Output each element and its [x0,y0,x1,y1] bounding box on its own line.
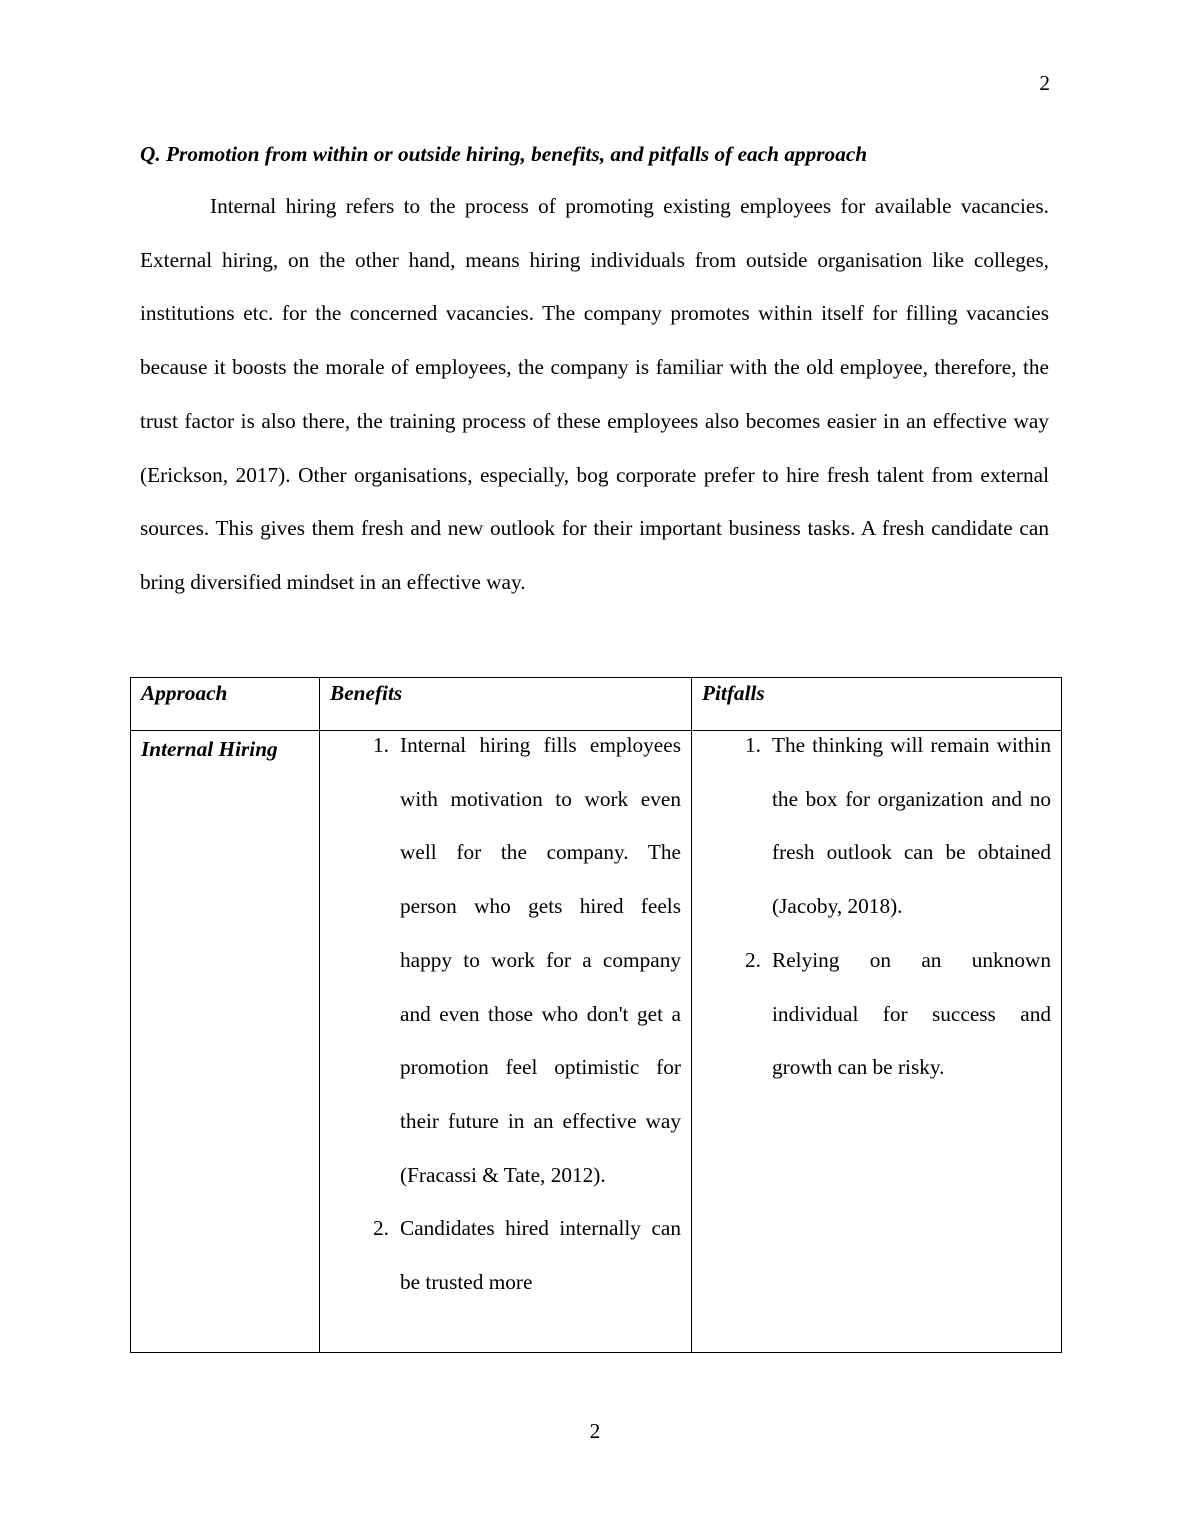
section-heading: Q. Promotion from within or outside hiri… [140,139,1050,169]
table-header-row: Approach Benefits Pitfalls [131,678,1062,731]
header-pitfalls: Pitfalls [692,678,1062,731]
list-text: The thinking will remain within the box … [772,733,1051,918]
list-item: 2. Candidates hired internally can be tr… [320,1202,681,1309]
list-text: Candidates hired internally can be trust… [400,1216,681,1294]
approach-comparison-table: Approach Benefits Pitfalls Internal Hiri… [130,677,1062,1353]
list-text: Relying on an unknown individual for suc… [772,948,1051,1079]
pitfalls-list: 1. The thinking will remain within the b… [692,731,1051,1095]
pitfalls-cell: 1. The thinking will remain within the b… [692,731,1062,1353]
body-paragraph: Internal hiring refers to the process of… [140,180,1049,610]
list-number: 1. [365,731,389,773]
approach-cell: Internal Hiring [131,731,320,1353]
list-text: Internal hiring fills employees with mot… [400,733,681,1187]
list-number: 2. [737,934,761,988]
header-page-number: 2 [1039,70,1050,96]
benefits-cell: 1. Internal hiring fills employees with … [320,731,692,1353]
footer-page-number: 2 [0,1418,1190,1444]
list-number: 1. [737,731,761,773]
table-row: Internal Hiring 1. Internal hiring fills… [131,731,1062,1353]
list-number: 2. [365,1202,389,1256]
benefits-list: 1. Internal hiring fills employees with … [320,731,681,1310]
header-approach: Approach [131,678,320,731]
list-item: 1. The thinking will remain within the b… [692,731,1051,934]
header-benefits: Benefits [320,678,692,731]
list-item: 1. Internal hiring fills employees with … [320,731,681,1202]
list-item: 2. Relying on an unknown individual for … [692,934,1051,1095]
